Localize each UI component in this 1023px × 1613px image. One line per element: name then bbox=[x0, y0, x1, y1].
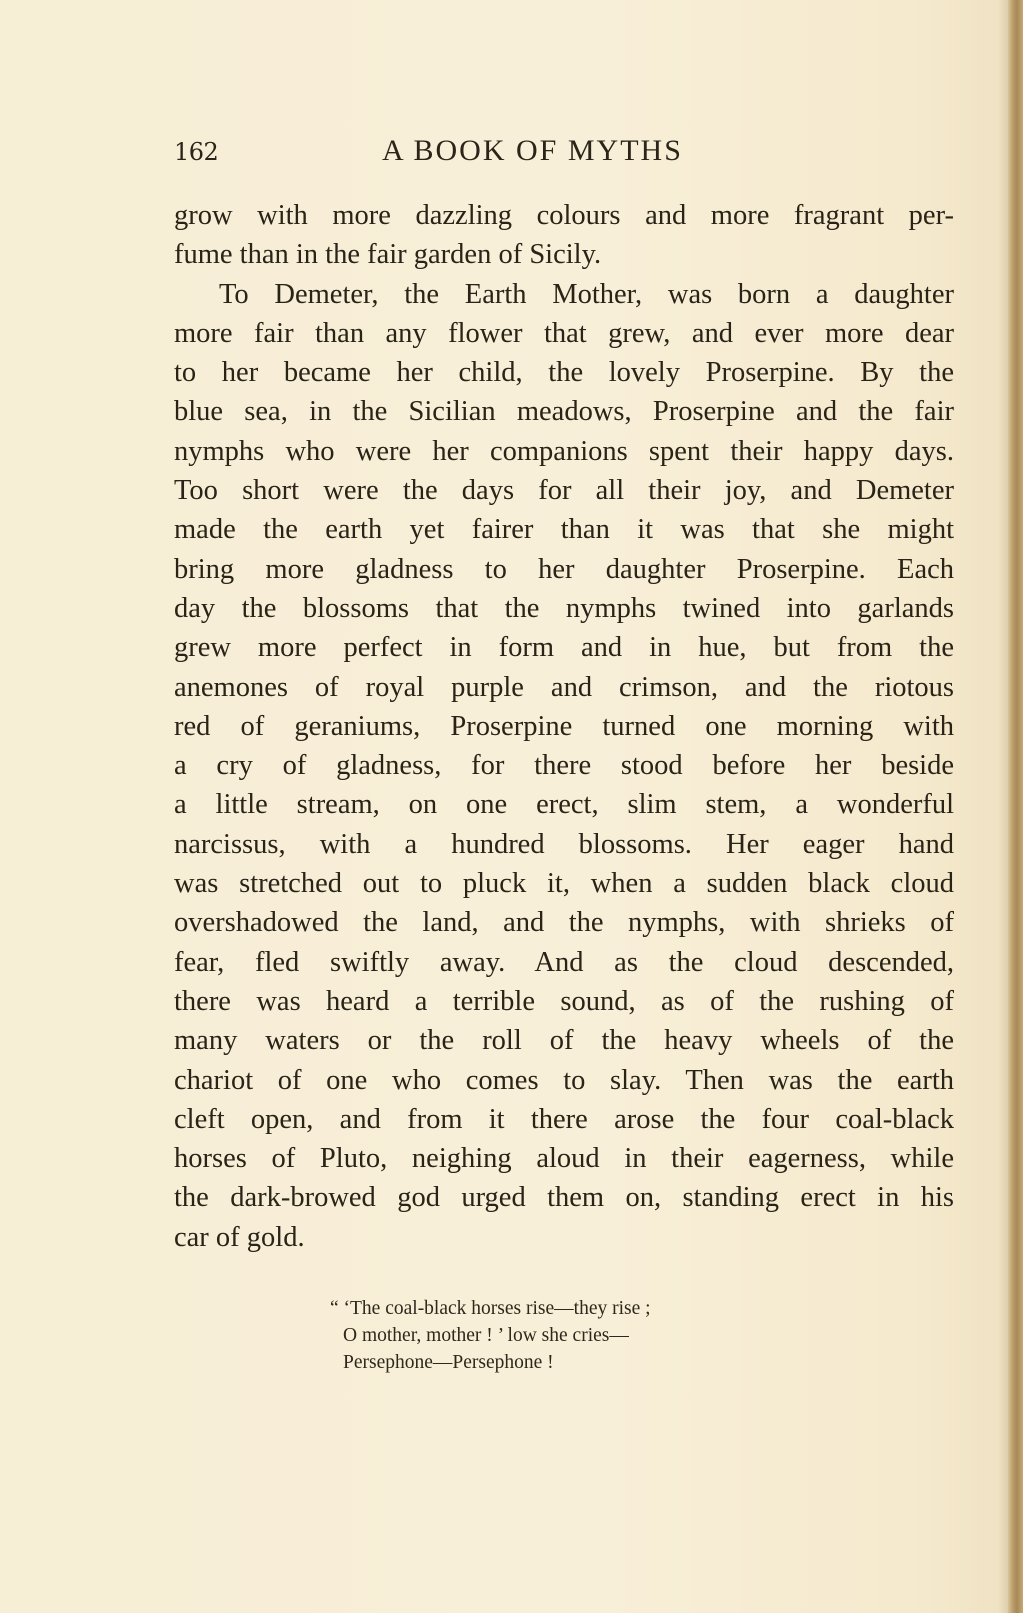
text-line: the dark-browed god urged them on, stand… bbox=[174, 1178, 954, 1217]
text-line: nymphs who were her companions spent the… bbox=[174, 432, 954, 471]
text-line: day the blossoms that the nymphs twined … bbox=[174, 589, 954, 628]
text-line: bring more gladness to her daughter Pros… bbox=[174, 550, 954, 589]
text-line: overshadowed the land, and the nymphs, w… bbox=[174, 903, 954, 942]
text-line: anemones of royal purple and crimson, an… bbox=[174, 668, 954, 707]
text-line: narcissus, with a hundred blossoms. Her … bbox=[174, 825, 954, 864]
book-page-edge bbox=[1008, 0, 1023, 1613]
verse-line: “ ‘The coal-black horses rise—they rise … bbox=[330, 1295, 651, 1322]
text-line: chariot of one who comes to slay. Then w… bbox=[174, 1061, 954, 1100]
verse-quotation: “ ‘The coal-black horses rise—they rise … bbox=[330, 1295, 651, 1376]
text-line: a little stream, on one erect, slim stem… bbox=[174, 785, 954, 824]
text-line: horses of Pluto, neighing aloud in their… bbox=[174, 1139, 954, 1178]
text-line: grow with more dazzling colours and more… bbox=[174, 196, 954, 235]
verse-line: O mother, mother ! ’ low she cries— bbox=[330, 1322, 651, 1349]
text-line: more fair than any flower that grew, and… bbox=[174, 314, 954, 353]
text-line: cleft open, and from it there arose the … bbox=[174, 1100, 954, 1139]
verse-line: Persephone—Persephone ! bbox=[330, 1349, 651, 1376]
text-line: grew more perfect in form and in hue, bu… bbox=[174, 628, 954, 667]
text-line: there was heard a terrible sound, as of … bbox=[174, 982, 954, 1021]
text-line: blue sea, in the Sicilian meadows, Prose… bbox=[174, 392, 954, 431]
text-line: To Demeter, the Earth Mother, was born a… bbox=[174, 275, 954, 314]
body-text: grow with more dazzling colours and more… bbox=[174, 196, 954, 1257]
book-page: 162 A BOOK OF MYTHS grow with more dazzl… bbox=[0, 0, 1008, 1613]
text-line: fear, fled swiftly away. And as the clou… bbox=[174, 943, 954, 982]
running-head: 162 A BOOK OF MYTHS bbox=[174, 134, 954, 174]
text-line: red of geraniums, Proserpine turned one … bbox=[174, 707, 954, 746]
text-line: was stretched out to pluck it, when a su… bbox=[174, 864, 954, 903]
page-gutter-shadow bbox=[998, 0, 1008, 1613]
text-line: to her became her child, the lovely Pros… bbox=[174, 353, 954, 392]
page-number: 162 bbox=[174, 138, 218, 166]
text-line: Too short were the days for all their jo… bbox=[174, 471, 954, 510]
text-line: car of gold. bbox=[174, 1218, 954, 1257]
text-line: a cry of gladness, for there stood befor… bbox=[174, 746, 954, 785]
text-line: many waters or the roll of the heavy whe… bbox=[174, 1021, 954, 1060]
running-title: A BOOK OF MYTHS bbox=[382, 134, 683, 168]
text-line: fume than in the fair garden of Sicily. bbox=[174, 235, 954, 274]
text-line: made the earth yet fairer than it was th… bbox=[174, 510, 954, 549]
